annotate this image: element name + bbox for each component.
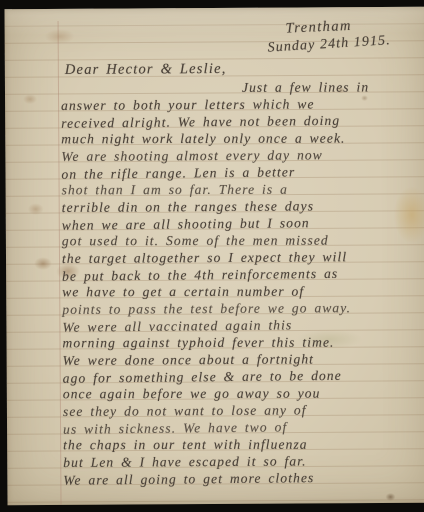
letter-body: Just a few lines inanswer to both your l… <box>61 78 424 488</box>
letter-paper: Trentham Sunday 24th 1915. Dear Hector &… <box>4 7 424 506</box>
letter-line: we have to get a certain number of <box>62 282 424 300</box>
paper-stain <box>23 94 37 104</box>
paper-stain <box>385 493 395 501</box>
letter-line: We are all going to get more clothes <box>63 468 424 489</box>
letter-line: shot than I am so far. There is a <box>62 180 424 198</box>
letter-line: the chaps in our tent with influenza <box>63 435 424 453</box>
letter-line: morning against typhoid fever this time. <box>63 333 424 351</box>
letter-line: Just a few lines in <box>61 78 424 96</box>
letter-line: much night work lately only once a week. <box>61 129 424 147</box>
letter-salutation: Dear Hector & Leslie, <box>65 61 227 79</box>
letter-photo: Trentham Sunday 24th 1915. Dear Hector &… <box>0 0 424 512</box>
paper-stain <box>45 29 75 44</box>
letter-place: Trentham <box>285 18 352 38</box>
paper-stain <box>28 203 44 215</box>
letter-line: got used to it. Some of the men missed <box>62 231 424 249</box>
letter-line: once again before we go away so you <box>63 384 424 402</box>
paper-stain <box>34 257 52 270</box>
